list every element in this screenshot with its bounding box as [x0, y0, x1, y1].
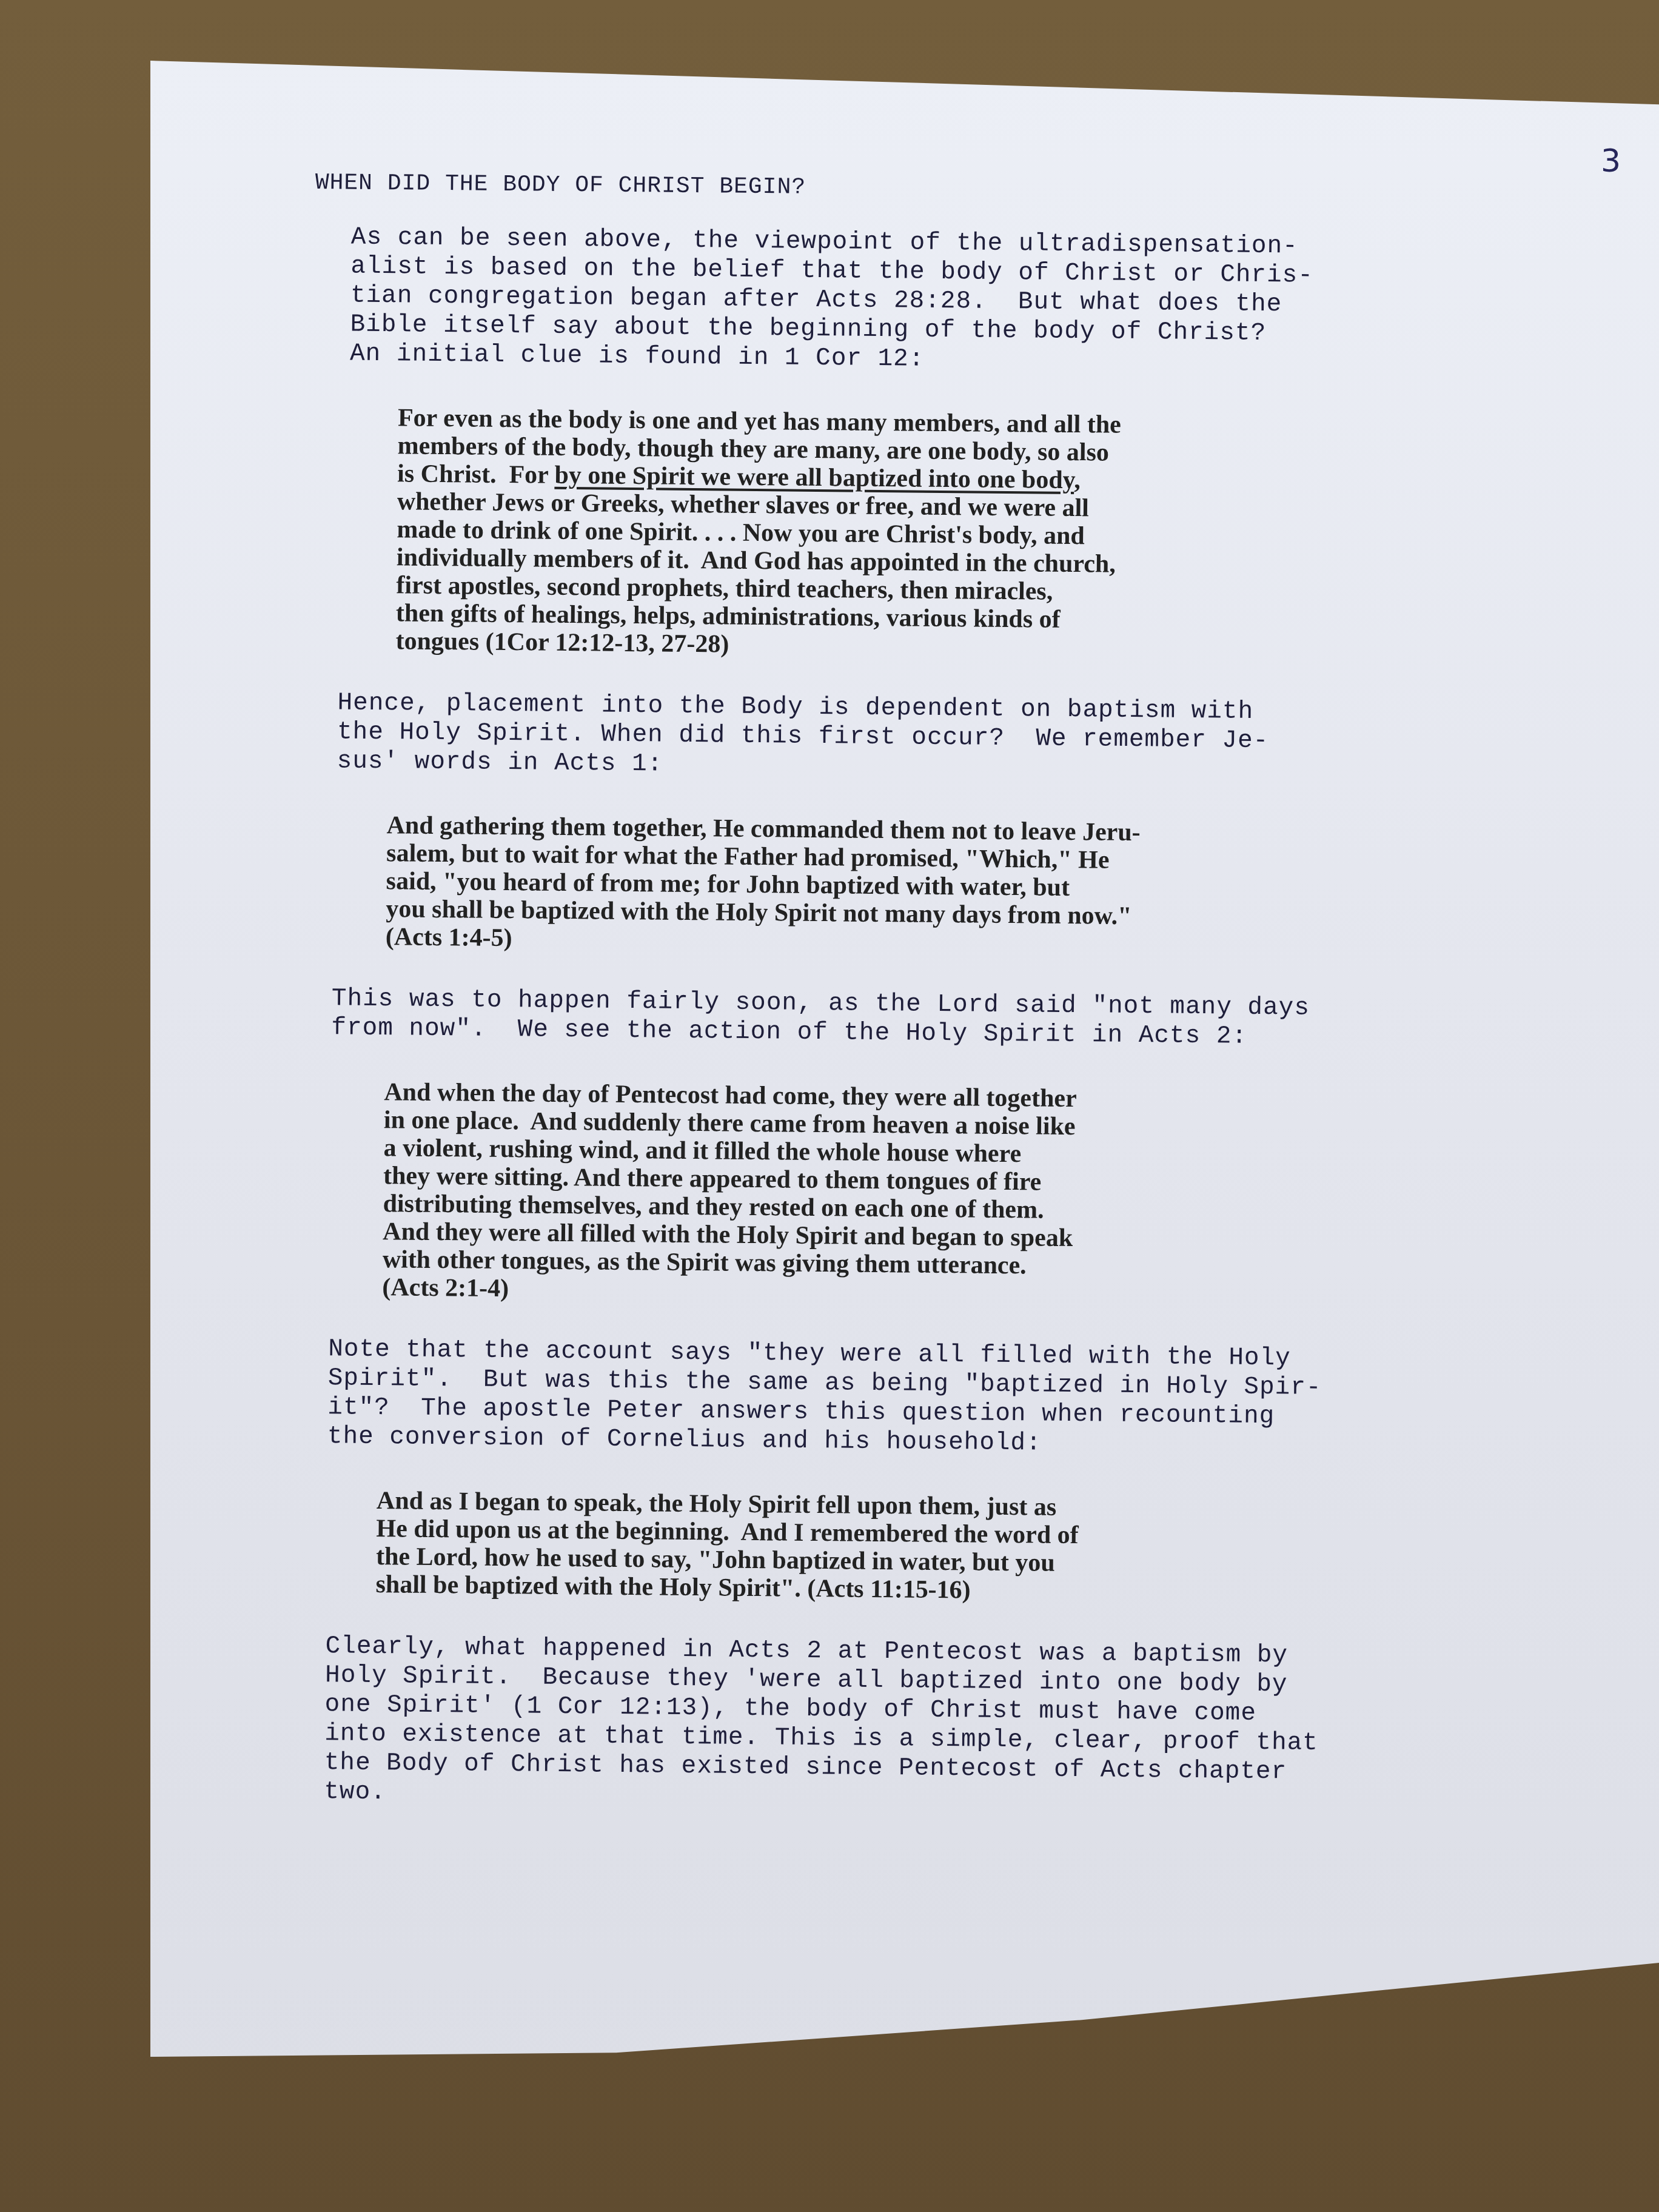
paragraph-soon: This was to happen fairly soon, as the L… — [331, 984, 1520, 1054]
quote-1-corinthians-12: For even as the body is one and yet has … — [395, 404, 1526, 666]
quote-acts-11: And as I began to speak, the Holy Spirit… — [375, 1487, 1515, 1609]
quote-acts-1: And gathering them together, He commande… — [386, 811, 1522, 962]
paragraph-intro: As can be seen above, the viewpoint of t… — [350, 223, 1527, 380]
page-number: 3 — [1601, 143, 1621, 179]
document-body: WHEN DID THE BODY OF CHRIST BEGIN? As ca… — [300, 170, 1528, 1853]
quote-text: , whether Jews or Greeks, whether slaves… — [395, 466, 1116, 659]
paragraph-conclusion: Clearly, what happened in Acts 2 at Pent… — [324, 1632, 1514, 1818]
paragraph-placement: Hence, placement into the Body is depend… — [337, 688, 1523, 787]
quote-acts-2: And when the day of Pentecost had come, … — [382, 1078, 1519, 1312]
paragraph-note: Note that the account says "they were al… — [327, 1335, 1517, 1463]
underlined-phrase: by one Spirit we were all baptized into … — [554, 461, 1074, 494]
